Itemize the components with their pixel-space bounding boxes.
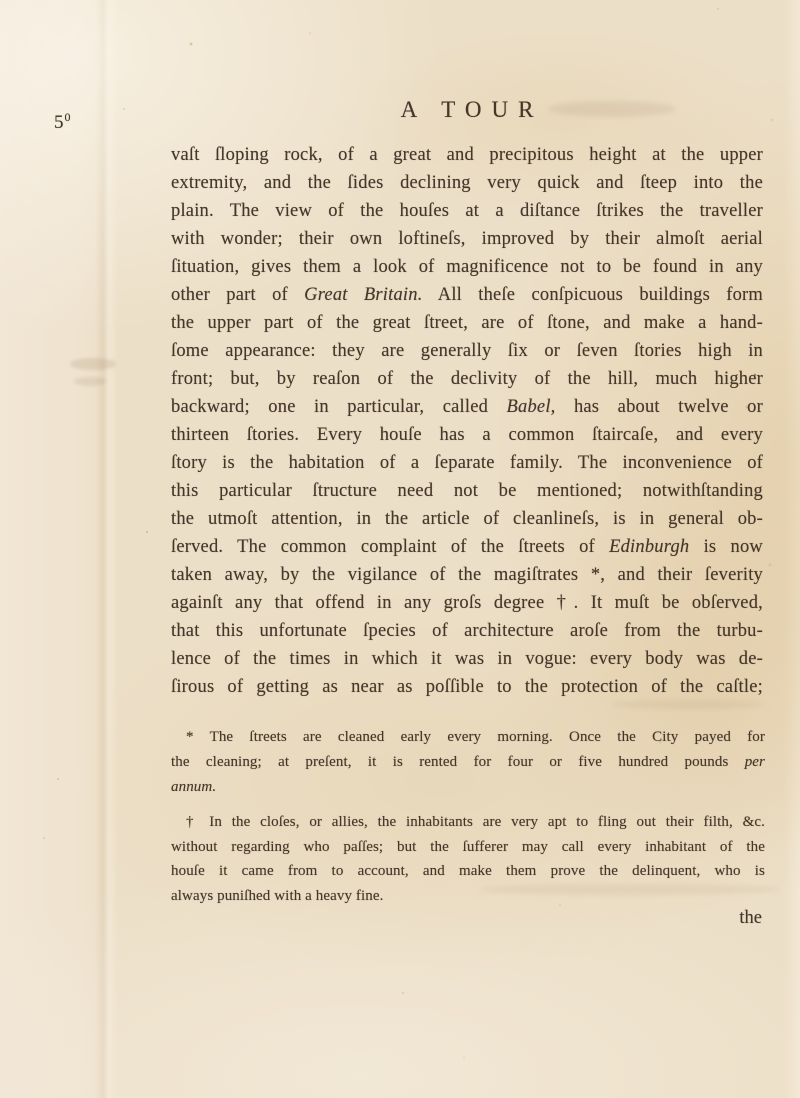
body-text-line: extremity, and the ſides declining very …: [171, 169, 763, 197]
show-through-smudge: [70, 358, 116, 370]
text-segment: houſe it came from to account, and make …: [171, 863, 765, 879]
book-page: 50 A TOUR vaſt ſloping rock, of a great …: [0, 0, 800, 1098]
text-segment: other part of: [171, 285, 304, 305]
page-number: 50: [54, 106, 71, 134]
text-segment: taken away, by the vigilance of the magi…: [171, 565, 763, 585]
body-text-line: taken away, by the vigilance of the magi…: [171, 561, 763, 589]
body-text-line: ſerved. The common complaint of the ſtre…: [171, 533, 763, 561]
text-segment: ſerved. The common complaint of the ſtre…: [171, 537, 609, 557]
text-segment: has about twelve or: [556, 397, 763, 417]
body-text-line: againſt any that offend in any groſs deg…: [171, 589, 763, 617]
text-segment: backward; one in particular, called: [171, 397, 507, 417]
show-through-smudge: [612, 700, 762, 709]
text-segment: All theſe conſpicuous buildings form: [423, 285, 763, 305]
text-segment: that this unfortunate ſpecies of archite…: [171, 621, 763, 641]
body-text-line: the upper part of the great ſtreet, are …: [171, 309, 763, 337]
text-segment: vaſt ſloping rock, of a great and precip…: [171, 145, 763, 165]
italic-text-segment: Edinburgh: [609, 537, 689, 557]
text-segment: is now: [689, 537, 763, 557]
footnote-line: always puniſhed with a heavy fine.: [171, 884, 765, 909]
catchword: the: [171, 906, 762, 930]
body-text-line: vaſt ſloping rock, of a great and precip…: [171, 141, 763, 169]
text-segment: ſirous of getting as near as poſſible to…: [171, 677, 763, 697]
body-text-line: plain. The view of the houſes at a diſta…: [171, 197, 763, 225]
text-segment: front; but, by reaſon of the declivity o…: [171, 369, 763, 389]
footnote-dagger: † In the cloſes, or allies, the inhabita…: [171, 810, 765, 908]
italic-text-segment: annum.: [171, 779, 216, 795]
body-text-line: with wonder; their own loftineſs, improv…: [171, 225, 763, 253]
page-number-digit: 5: [54, 112, 65, 133]
text-segment: with wonder; their own loftineſs, improv…: [171, 229, 763, 249]
text-segment: † In the cloſes, or allies, the inhabita…: [186, 814, 765, 830]
page-number-digit-small: 0: [65, 110, 71, 124]
text-segment: lence of the times in which it was in vo…: [171, 649, 763, 669]
body-text-line: ſirous of getting as near as poſſible to…: [171, 673, 763, 701]
body-text-line: ſome appearance: they are generally ſix …: [171, 337, 763, 365]
footnote-line: † In the cloſes, or allies, the inhabita…: [171, 810, 765, 835]
running-head: A TOUR: [171, 97, 763, 123]
body-text-line: front; but, by reaſon of the declivity o…: [171, 365, 763, 393]
show-through-smudge: [74, 377, 106, 386]
text-segment: plain. The view of the houſes at a diſta…: [171, 201, 763, 221]
text-segment: this particular ſtructure need not be me…: [171, 481, 763, 501]
text-segment: ſtory is the habitation of a ſeparate fa…: [171, 453, 763, 473]
text-segment: ſituation, gives them a look of magnific…: [171, 257, 763, 277]
text-segment: thirteen ſtories. Every houſe has a comm…: [171, 425, 763, 445]
text-segment: the utmoſt attention, in the article of …: [171, 509, 763, 529]
italic-text-segment: per: [745, 754, 765, 770]
body-text-line: lence of the times in which it was in vo…: [171, 645, 763, 673]
footnote-line: * The ſtreets are cleaned early every mo…: [171, 725, 765, 750]
text-segment: againſt any that offend in any groſs deg…: [171, 593, 763, 613]
text-segment: ſome appearance: they are generally ſix …: [171, 341, 763, 361]
footnote-asterisk: * The ſtreets are cleaned early every mo…: [171, 725, 765, 800]
body-text-line: backward; one in particular, called Babe…: [171, 393, 763, 421]
italic-text-segment: Great Britain.: [304, 285, 422, 305]
body-text-line: the utmoſt attention, in the article of …: [171, 505, 763, 533]
text-segment: extremity, and the ſides declining very …: [171, 173, 763, 193]
text-segment: without regarding who paſſes; but the ſu…: [171, 839, 765, 855]
footnote-line: without regarding who paſſes; but the ſu…: [171, 835, 765, 860]
body-text-line: thirteen ſtories. Every houſe has a comm…: [171, 421, 763, 449]
body-text-line: ſituation, gives them a look of magnific…: [171, 253, 763, 281]
text-segment: the upper part of the great ſtreet, are …: [171, 313, 763, 333]
body-text-line: other part of Great Britain. All theſe c…: [171, 281, 763, 309]
body-text-line: this particular ſtructure need not be me…: [171, 477, 763, 505]
footnote-line: the cleaning; at preſent, it is rented f…: [171, 750, 765, 775]
text-segment: * The ſtreets are cleaned early every mo…: [186, 729, 765, 745]
footnote-line: houſe it came from to account, and make …: [171, 859, 765, 884]
body-text-line: ſtory is the habitation of a ſeparate fa…: [171, 449, 763, 477]
body-text-line: that this unfortunate ſpecies of archite…: [171, 617, 763, 645]
footnote-line: annum.: [171, 775, 765, 800]
text-segment: always puniſhed with a heavy fine.: [171, 888, 384, 904]
text-segment: the cleaning; at preſent, it is rented f…: [171, 754, 745, 770]
body-text: vaſt ſloping rock, of a great and precip…: [171, 141, 763, 701]
italic-text-segment: Babel,: [507, 397, 556, 417]
